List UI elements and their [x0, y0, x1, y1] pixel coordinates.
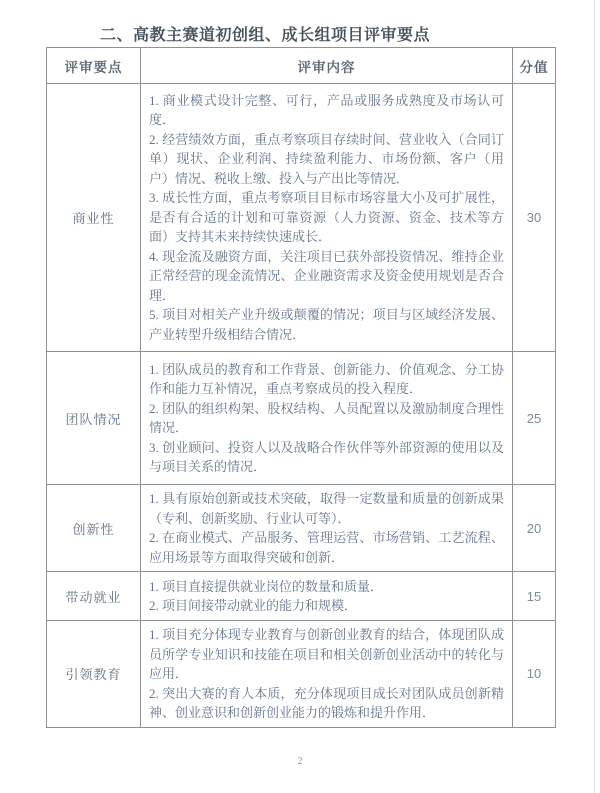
- content-item: 1. 项目充分体现专业教育与创新创业教育的结合，体现团队成员所学专业知识和技能在…: [149, 625, 504, 684]
- header-score: 分值: [513, 48, 556, 84]
- table-row-education: 引领教育 1. 项目充分体现专业教育与创新创业教育的结合，体现团队成员所学专业知…: [47, 621, 556, 728]
- score-cell: 25: [513, 352, 556, 485]
- table-row-innovation: 创新性 1. 具有原始创新或技术突破，取得一定数量和质量的创新成果（专利、创新奖…: [47, 485, 556, 572]
- content-item: 2. 经营绩效方面，重点考察项目存续时间、营业收入（合同订单）现状、企业利润、持…: [149, 130, 504, 189]
- content-item: 2. 项目间接带动就业的能力和规模．: [149, 596, 504, 616]
- scan-edge-artifact: [594, 0, 595, 793]
- content-item: 2. 团队的组织构架、股权结构、人员配置以及激励制度合理性情况．: [149, 399, 504, 438]
- content-item: 5. 项目对相关产业升级或颠覆的情况；项目与区域经济发展、产业转型升级相结合情况…: [149, 305, 504, 344]
- content-item: 3. 成长性方面，重点考察项目目标市场容量大小及可扩展性，是否有合适的计划和可靠…: [149, 188, 504, 247]
- content-item: 1. 商业模式设计完整、可行，产品或服务成熟度及市场认可度．: [149, 91, 504, 130]
- header-criterion: 评审要点: [47, 48, 141, 84]
- review-criteria-table: 评审要点 评审内容 分值 商业性 1. 商业模式设计完整、可行，产品或服务成熟度…: [46, 47, 556, 728]
- content-cell: 1. 团队成员的教育和工作背景、创新能力、价值观念、分工协作和能力互补情况，重点…: [141, 352, 513, 485]
- criterion-cell: 创新性: [47, 485, 141, 572]
- content-cell: 1. 项目直接提供就业岗位的数量和质量． 2. 项目间接带动就业的能力和规模．: [141, 572, 513, 621]
- content-item: 1. 具有原始创新或技术突破，取得一定数量和质量的创新成果（专利、创新奖励、行业…: [149, 489, 504, 528]
- score-cell: 20: [513, 485, 556, 572]
- criterion-cell: 团队情况: [47, 352, 141, 485]
- score-cell: 15: [513, 572, 556, 621]
- table-header-row: 评审要点 评审内容 分值: [47, 48, 556, 84]
- content-item: 4. 现金流及融资方面，关注项目已获外部投资情况、维持企业正常经营的现金流情况、…: [149, 247, 504, 306]
- header-content: 评审内容: [141, 48, 513, 84]
- criterion-cell: 引领教育: [47, 621, 141, 728]
- criterion-cell: 商业性: [47, 84, 141, 352]
- content-item: 3. 创业顾问、投资人以及战略合作伙伴等外部资源的使用以及与项目关系的情况．: [149, 438, 504, 477]
- content-cell: 1. 商业模式设计完整、可行，产品或服务成熟度及市场认可度． 2. 经营绩效方面…: [141, 84, 513, 352]
- score-cell: 10: [513, 621, 556, 728]
- score-cell: 30: [513, 84, 556, 352]
- content-item: 2. 在商业模式、产品服务、管理运营、市场营销、工艺流程、应用场景等方面取得突破…: [149, 528, 504, 567]
- document-page: 二、高教主赛道初创组、成长组项目评审要点 评审要点 评审内容 分值 商业性 1.…: [0, 0, 600, 793]
- content-cell: 1. 具有原始创新或技术突破，取得一定数量和质量的创新成果（专利、创新奖励、行业…: [141, 485, 513, 572]
- page-number: 2: [0, 756, 600, 767]
- content-cell: 1. 项目充分体现专业教育与创新创业教育的结合，体现团队成员所学专业知识和技能在…: [141, 621, 513, 728]
- table-row-commerciality: 商业性 1. 商业模式设计完整、可行，产品或服务成熟度及市场认可度． 2. 经营…: [47, 84, 556, 352]
- criterion-cell: 带动就业: [47, 572, 141, 621]
- table-row-team: 团队情况 1. 团队成员的教育和工作背景、创新能力、价值观念、分工协作和能力互补…: [47, 352, 556, 485]
- content-item: 1. 团队成员的教育和工作背景、创新能力、价值观念、分工协作和能力互补情况，重点…: [149, 360, 504, 399]
- content-item: 1. 项目直接提供就业岗位的数量和质量．: [149, 577, 504, 597]
- content-item: 2. 突出大赛的育人本质，充分体现项目成长对团队成员创新精神、创业意识和创新创业…: [149, 684, 504, 723]
- page-title: 二、高教主赛道初创组、成长组项目评审要点: [100, 22, 430, 45]
- table-row-employment: 带动就业 1. 项目直接提供就业岗位的数量和质量． 2. 项目间接带动就业的能力…: [47, 572, 556, 621]
